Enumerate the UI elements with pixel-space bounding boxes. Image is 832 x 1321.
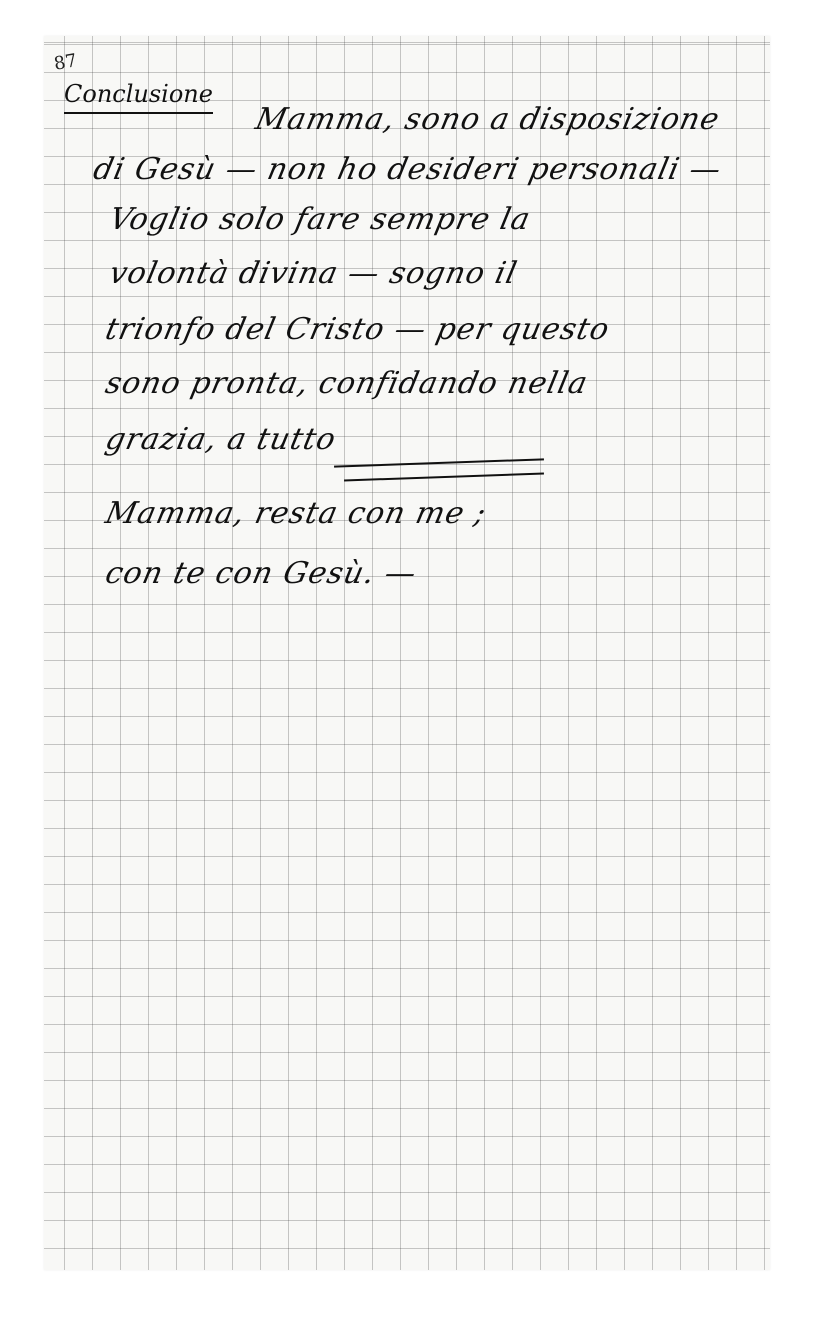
handwritten-line-7: grazia, a tutto — [102, 422, 339, 457]
handwritten-line-5: trionfo del Cristo — per questo — [102, 312, 613, 347]
line-4-text: volontà divina — sogno il — [106, 256, 520, 291]
underline-stroke-1 — [334, 458, 544, 467]
handwritten-line-2: di Gesù — non ho desideri personali — — [90, 152, 725, 187]
line-9-text: con te con Gesù. — — [102, 556, 420, 591]
line-3-text: Voglio solo fare sempre la — [106, 202, 534, 237]
document-title: Conclusione — [64, 80, 213, 114]
handwritten-line-9: con te con Gesù. — — [102, 556, 420, 591]
line-5-text: trionfo del Cristo — per questo — [102, 312, 613, 347]
handwritten-line-8: Mamma, resta con me ; — [102, 496, 489, 531]
grid-paper-page: 87 Conclusione Mamma, sono a disposizion… — [44, 36, 770, 1270]
handwritten-line-4: volontà divina — sogno il — [106, 256, 520, 291]
handwritten-line-6: sono pronta, confidando nella — [102, 366, 591, 401]
line-2-text: di Gesù — non ho desideri personali — — [90, 152, 725, 187]
page-number-mark: 87 — [52, 50, 78, 75]
line-1-text: Mamma, sono a disposizione — [252, 102, 723, 137]
line-7-text: grazia, a tutto — [102, 422, 339, 457]
handwritten-line-1: Mamma, sono a disposizione — [252, 102, 723, 137]
line-6-text: sono pronta, confidando nella — [102, 366, 591, 401]
underline-stroke-2 — [344, 473, 544, 482]
line-8-text: Mamma, resta con me ; — [102, 496, 489, 531]
handwritten-line-3: Voglio solo fare sempre la — [106, 202, 534, 237]
